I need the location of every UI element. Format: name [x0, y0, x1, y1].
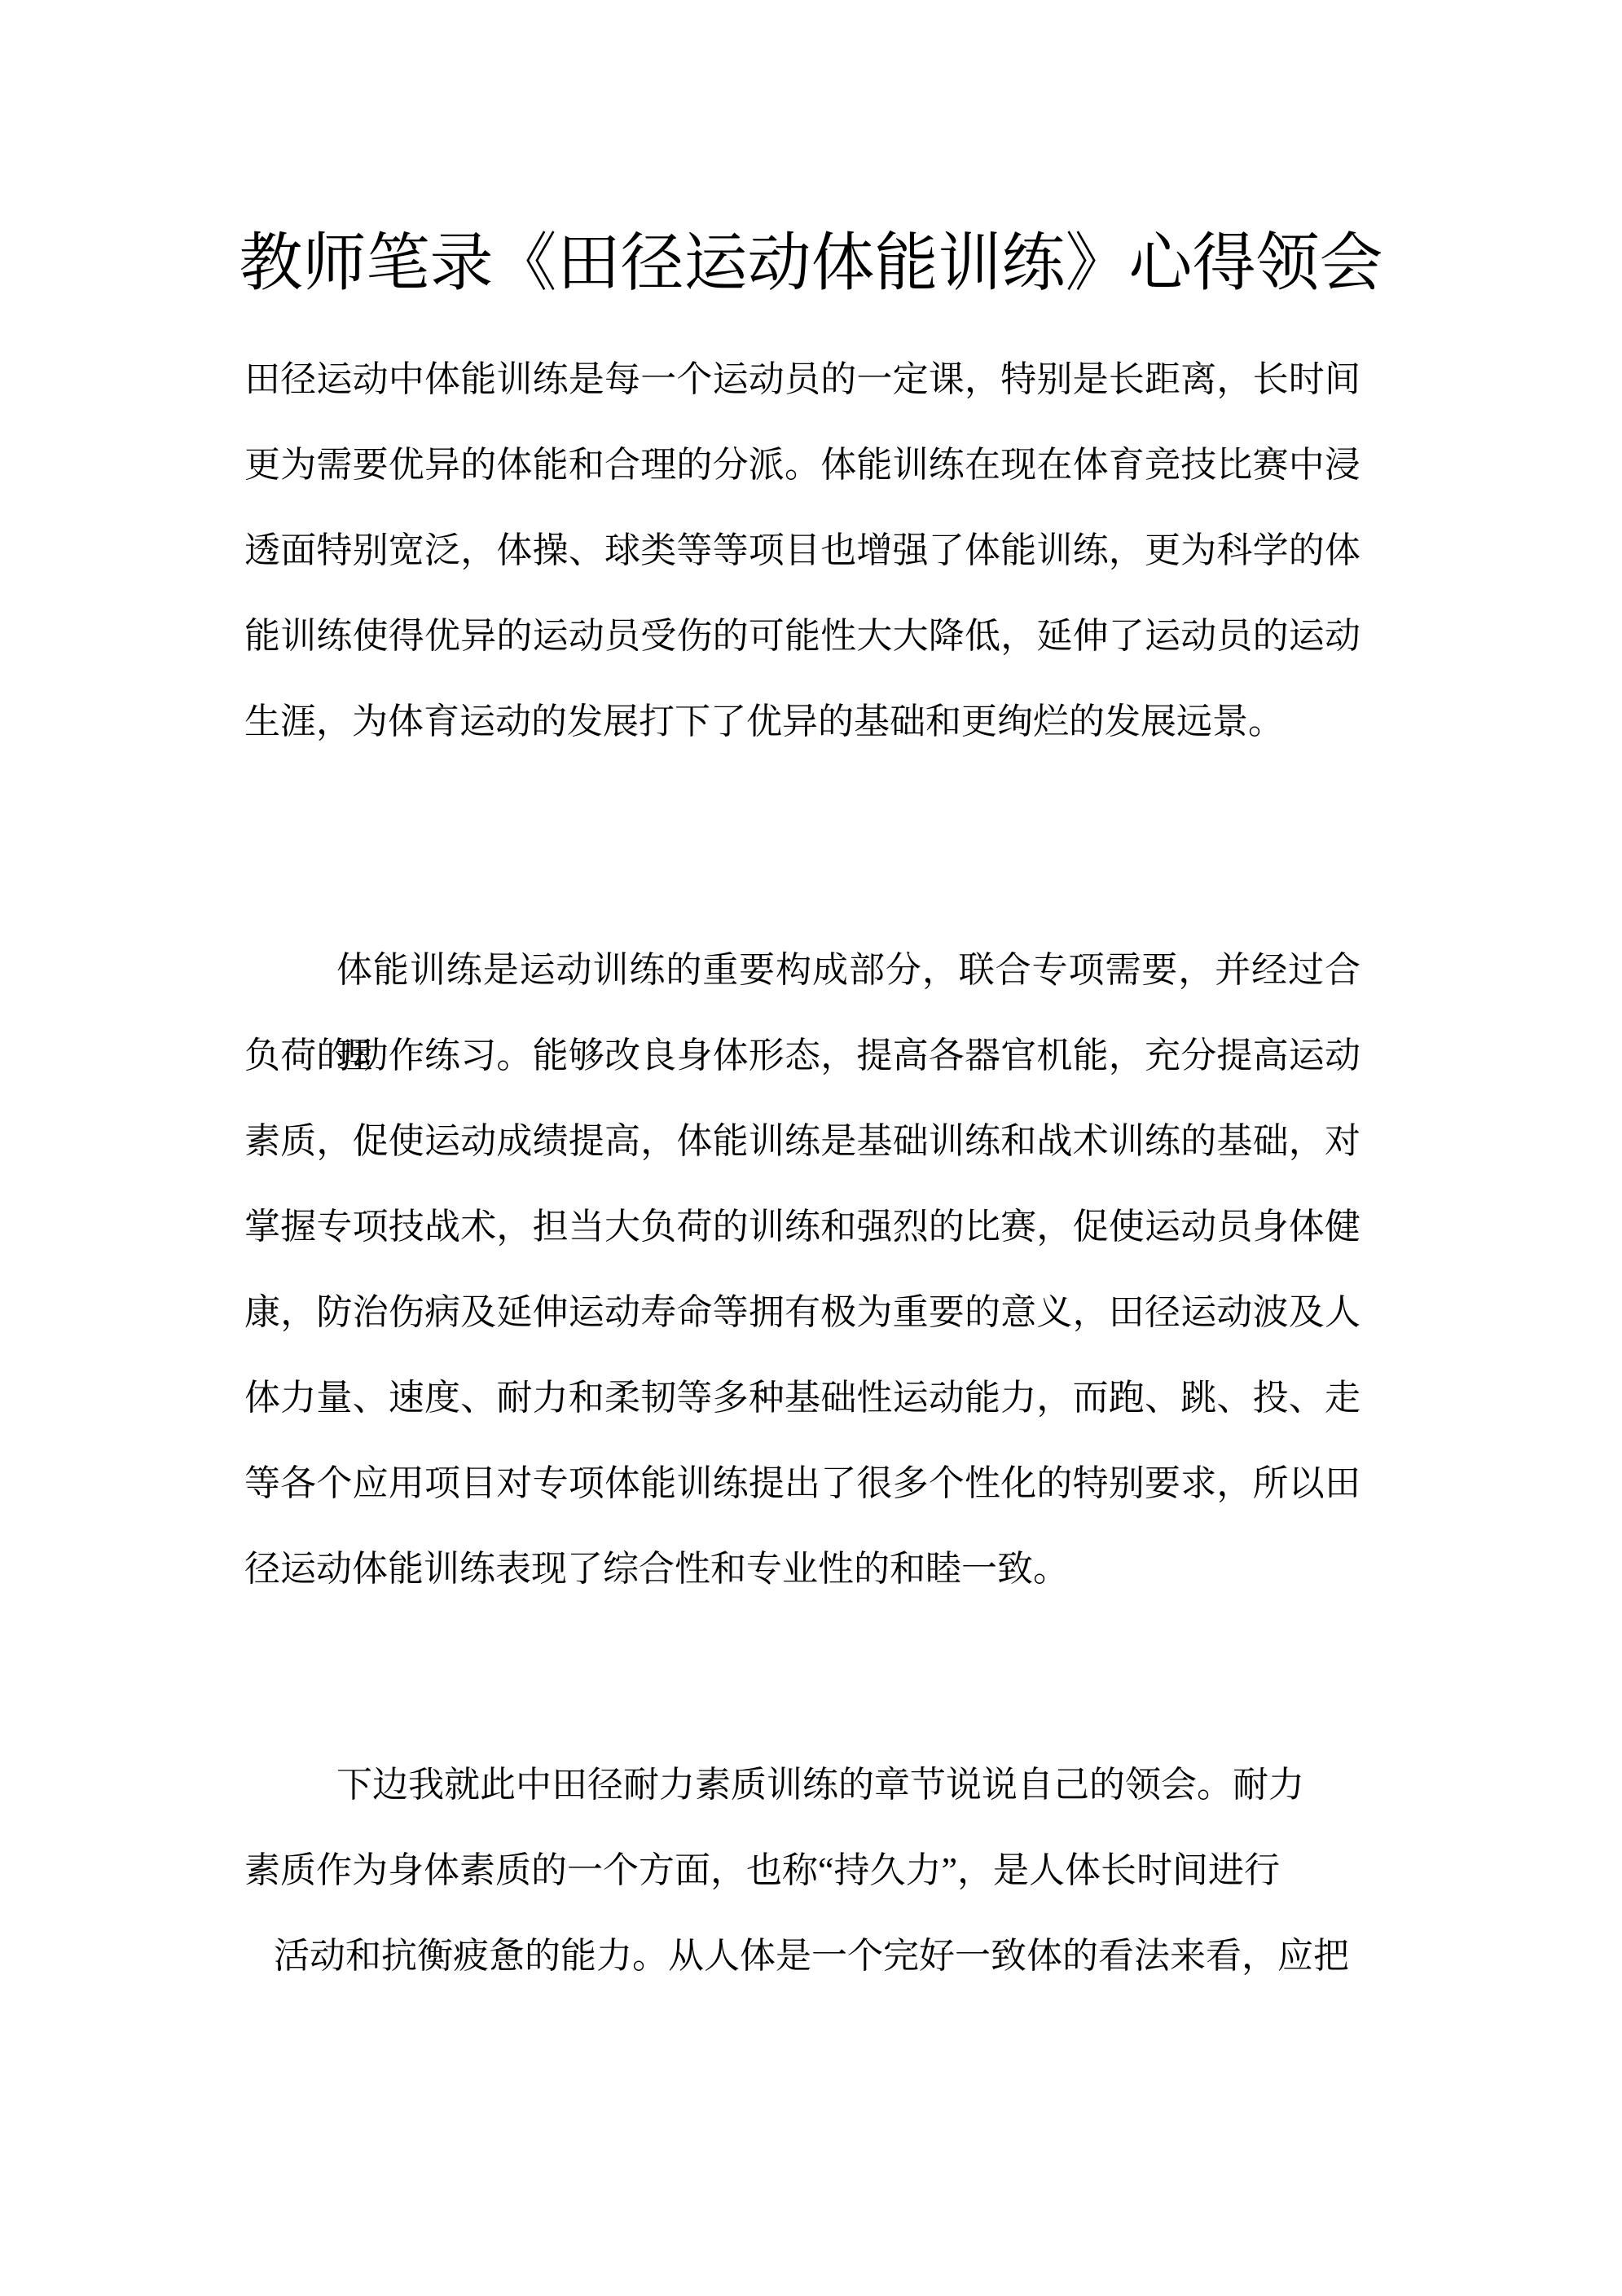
- text-line: 活动和抗衡疲惫的能力。从人体是一个完好一致体的看法来看，应把: [244, 1913, 1360, 1999]
- paragraph-1: 田径运动中体能训练是每一个运动员的一定课，特别是长距离，长时间 更为需要优异的体…: [244, 336, 1360, 764]
- document-body: 田径运动中体能训练是每一个运动员的一定课，特别是长距离，长时间 更为需要优异的体…: [244, 336, 1360, 1999]
- text-line: 下边我就此中田径耐力素质训练的章节说说自己的领会。耐力: [244, 1742, 1360, 1828]
- text-line: 能训练使得优异的运动员受伤的可能性大大降低，延伸了运动员的运动: [244, 593, 1360, 679]
- text-line: 生涯，为体育运动的发展打下了优异的基础和更绚烂的发展远景。: [244, 679, 1360, 764]
- paragraph-2: 体能训练是运动训练的重要构成部分，联合专项需要，并经过合理 负荷的动作练习。能够…: [244, 927, 1360, 1612]
- text-line: 透面特别宽泛，体操、球类等等项目也增强了体能训练，更为科学的体: [244, 508, 1360, 593]
- text-line: 体力量、速度、耐力和柔韧等多种基础性运动能力，而跑、跳、投、走: [244, 1355, 1360, 1440]
- text-line: 体能训练是运动训练的重要构成部分，联合专项需要，并经过合理: [244, 927, 1360, 1013]
- text-line: 负荷的动作练习。能够改良身体形态，提高各器官机能，充分提高运动: [244, 1013, 1360, 1098]
- paragraph-3: 下边我就此中田径耐力素质训练的章节说说自己的领会。耐力 素质作为身体素质的一个方…: [244, 1742, 1360, 1999]
- text-line: 掌握专项技战术，担当大负荷的训练和强烈的比赛，促使运动员身体健: [244, 1184, 1360, 1269]
- text-line: 径运动体能训练表现了综合性和专业性的和睦一致。: [244, 1526, 1360, 1612]
- text-line: 素质，促使运动成绩提高，体能训练是基础训练和战术训练的基础，对: [244, 1098, 1360, 1184]
- text-line: 等各个应用项目对专项体能训练提出了很多个性化的特别要求，所以田: [244, 1440, 1360, 1526]
- document-page: 教师笔录《田径运动体能训练》心得领会 田径运动中体能训练是每一个运动员的一定课，…: [0, 0, 1622, 2296]
- text-line: 康，防治伤病及延伸运动寿命等拥有极为重要的意义，田径运动波及人: [244, 1269, 1360, 1355]
- document-title: 教师笔录《田径运动体能训练》心得领会: [0, 218, 1622, 308]
- text-line: 素质作为身体素质的一个方面，也称“持久力”，是人体长时间进行: [244, 1828, 1360, 1913]
- text-line: 更为需要优异的体能和合理的分派。体能训练在现在体育竞技比赛中浸: [244, 422, 1360, 508]
- text-line: 田径运动中体能训练是每一个运动员的一定课，特别是长距离，长时间: [244, 336, 1360, 422]
